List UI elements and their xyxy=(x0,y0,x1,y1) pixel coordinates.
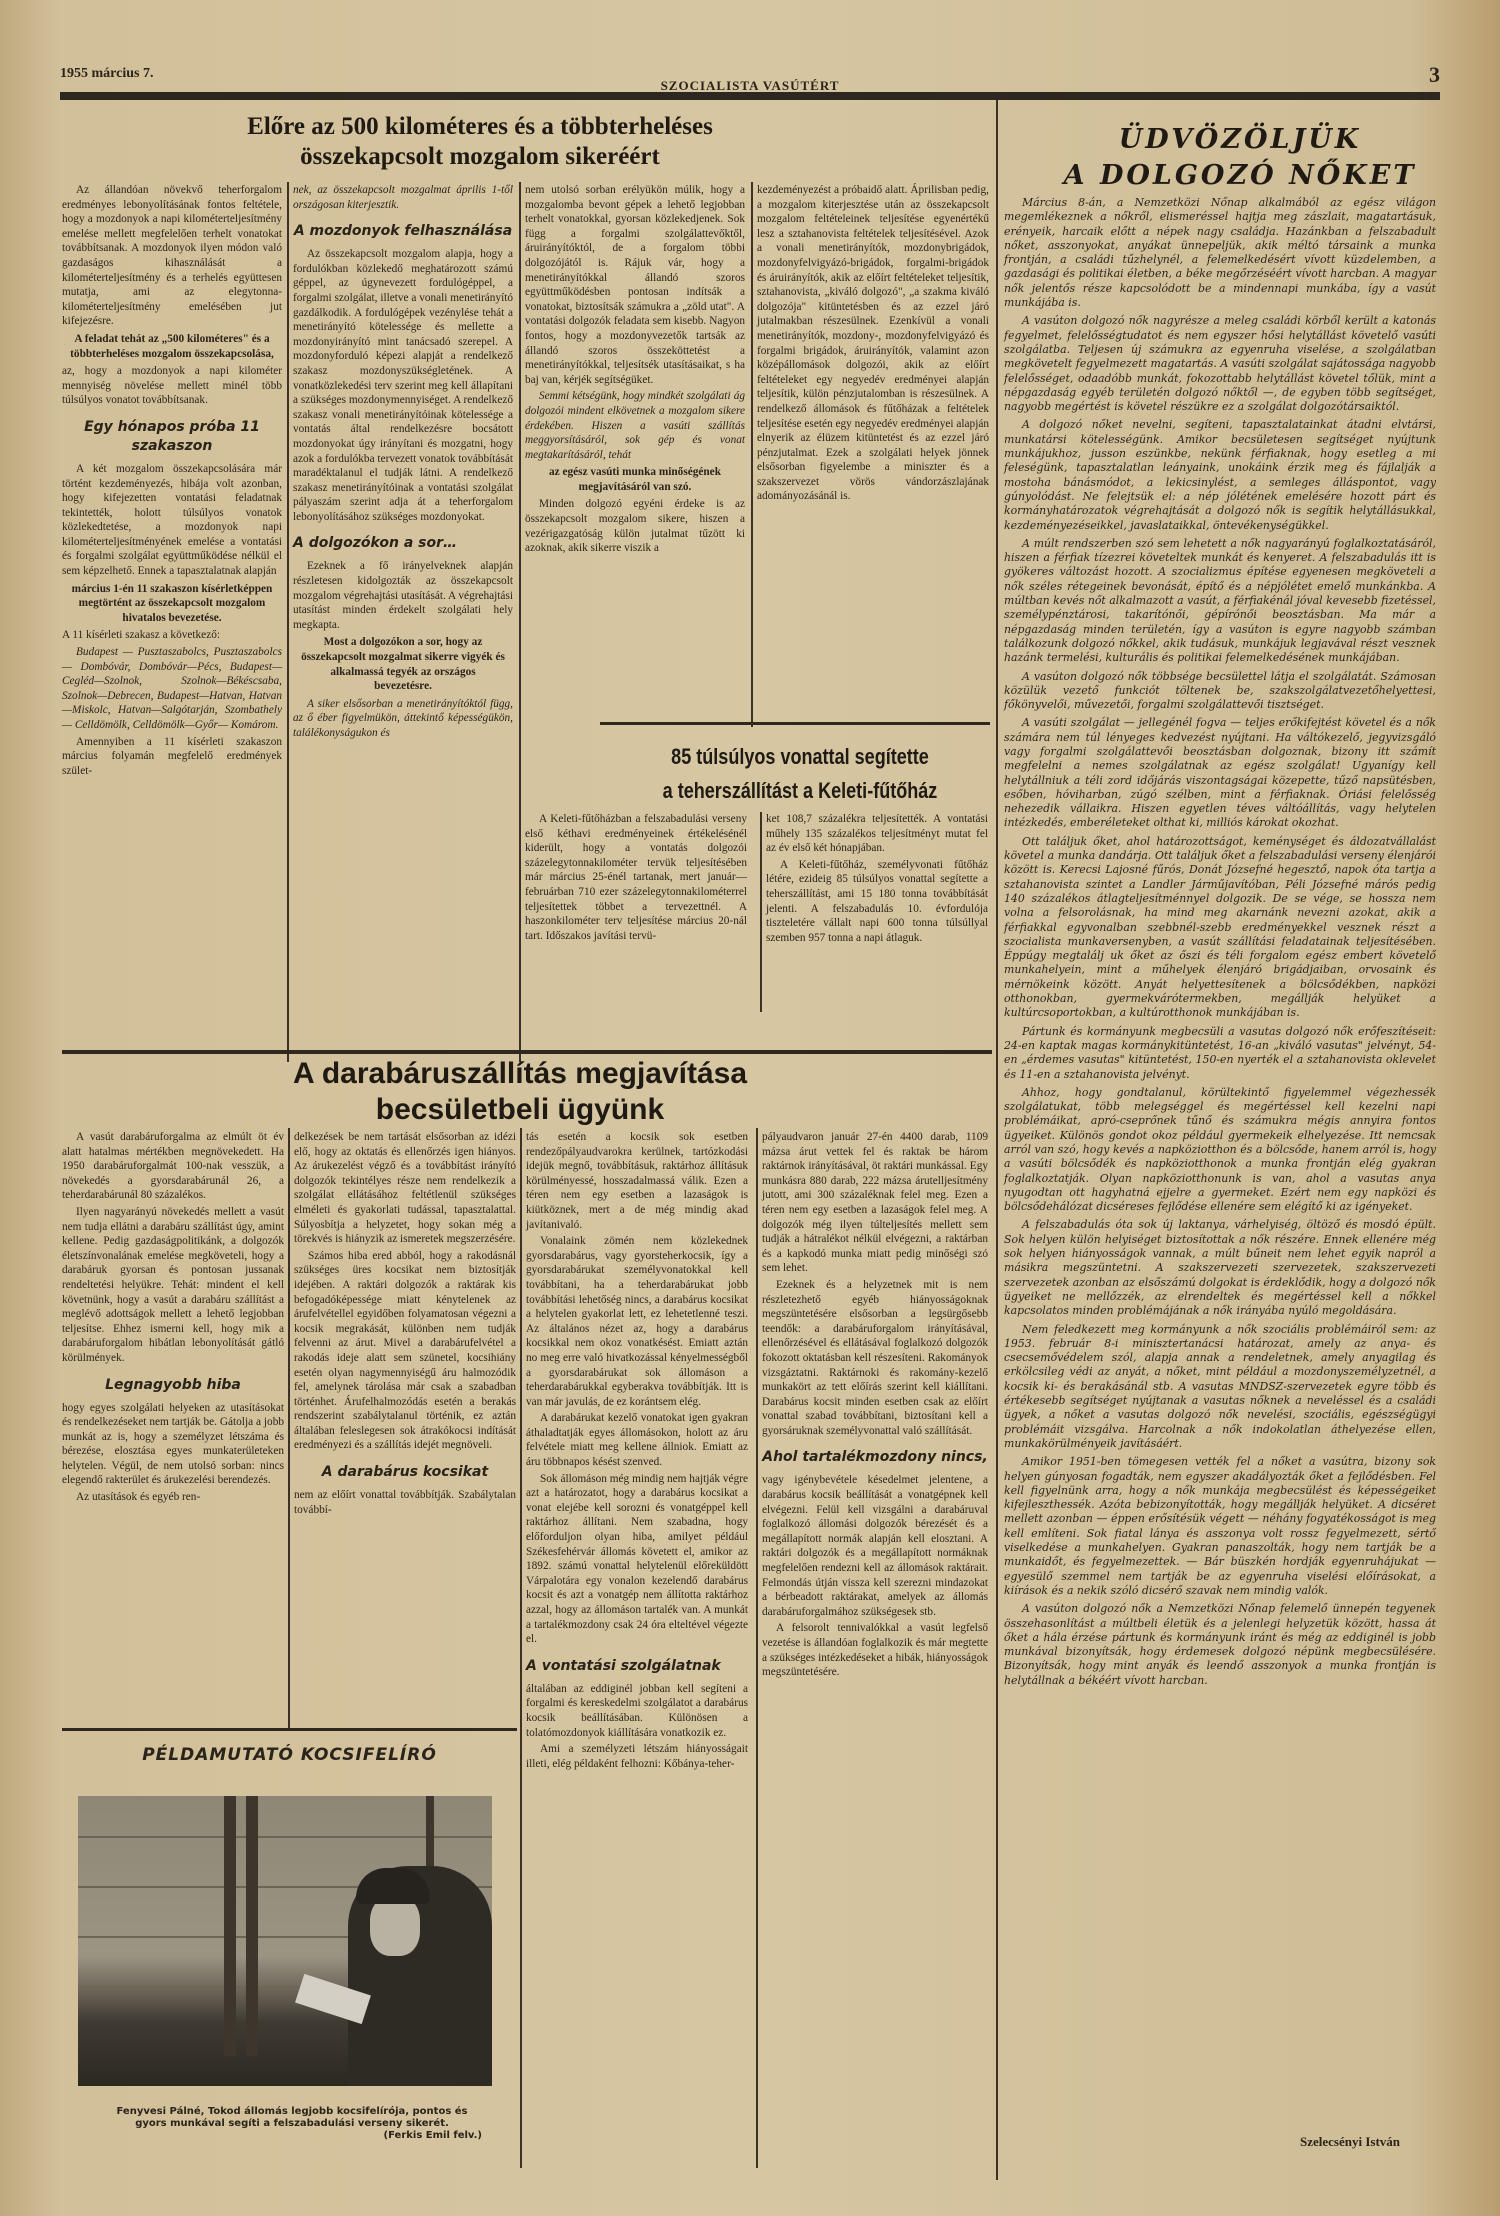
article1-column-4: kezdeményezést a próbaidő alatt. Április… xyxy=(757,183,989,506)
paragraph: Sok állomáson még mindig nem hajtják vég… xyxy=(526,1472,748,1647)
paragraph: Ezeknek a fő irányelveknek alapján részl… xyxy=(293,559,513,632)
headline-line: A DOLGOZÓ NŐKET xyxy=(1040,158,1440,194)
paragraph: A vasút darabáruforgalma az elmúlt öt év… xyxy=(62,1130,284,1203)
article4-body: Március 8-án, a Nemzetközi Nőnap alkalmá… xyxy=(1004,196,1436,1692)
headline-line: ÜDVÖZÖLJÜK xyxy=(1040,122,1440,158)
article2-column-1: A Keleti-fűtőházban a felszabadulási ver… xyxy=(525,812,747,945)
photo-face xyxy=(370,1896,420,1956)
headline-line: összekapcsolt mozgalom sikeréért xyxy=(170,142,790,172)
section-rule xyxy=(600,722,990,725)
headline-line: Előre az 500 kilométeres és a többterhel… xyxy=(170,112,790,142)
bold-callout: az egész vasúti munka minőségének megjav… xyxy=(533,465,737,494)
paragraph: Pártunk és kormányunk megbecsüli a vasut… xyxy=(1004,1025,1436,1082)
paragraph: vagy igénybevétele késedelmet jelentene,… xyxy=(762,1473,988,1619)
paragraph: A Keleti-fűtőházban a felszabadulási ver… xyxy=(525,812,747,943)
subheading: Egy hónapos próba 11 szakaszon xyxy=(62,418,282,456)
paragraph: Ahhoz, hogy gondtalanul, körültekintő fi… xyxy=(1004,1086,1436,1215)
section-rule xyxy=(62,1728,517,1731)
headline-line: becsületbeli ügyünk xyxy=(200,1092,840,1128)
subheading: Legnagyobb hiba xyxy=(62,1376,284,1395)
subheading: A darabárus kocsikat xyxy=(294,1463,516,1482)
article3-column-4: pályaudvaron január 27-én 4400 darab, 11… xyxy=(762,1130,988,1682)
article1-column-1: Az állandóan növekvő teherforgalom eredm… xyxy=(62,183,282,780)
photo-woman-railway-worker xyxy=(78,1796,492,2086)
photo-feature-title: PÉLDAMUTATÓ KOCSIFELÍRÓ xyxy=(62,1745,517,1765)
paragraph: A dolgozó nőket nevelni, segíteni, tapas… xyxy=(1004,418,1436,532)
paragraph: Az összekapcsolt mozgalom alapja, hogy a… xyxy=(293,247,513,524)
headline-line: 85 túlsúlyos vonattal segítette xyxy=(636,740,964,774)
paragraph: A múlt rendszerben szó sem lehetett a nő… xyxy=(1004,537,1436,666)
subheading: Ahol tartalékmozdony nincs, xyxy=(762,1448,988,1467)
column-rule xyxy=(996,100,998,2180)
paragraph: nek, az összekapcsolt mozgalmat április … xyxy=(293,183,513,212)
paragraph: pályaudvaron január 27-én 4400 darab, 11… xyxy=(762,1130,988,1276)
photo-credit: (Ferkis Emil felv.) xyxy=(62,2130,522,2142)
article4-author: Szelecsényi István xyxy=(1300,2134,1400,2150)
column-rule xyxy=(520,1128,522,2168)
paragraph: nem az előírt vonattal továbbítják. Szab… xyxy=(294,1488,516,1517)
paragraph: Semmi kétségünk, hogy mindkét szolgálati… xyxy=(525,389,745,462)
subheading: A vontatási szolgálatnak xyxy=(526,1657,748,1676)
paragraph: A két mozgalom összekapcsolására már tör… xyxy=(62,462,282,579)
paragraph: Ami a személyzeti létszám hiányosságait … xyxy=(526,1742,748,1771)
page-number: 3 xyxy=(1429,62,1440,88)
article3-column-3: tás esetén a kocsik sok esetben rendezőp… xyxy=(526,1130,748,1773)
paragraph: Az utasítások és egyéb ren- xyxy=(62,1490,284,1505)
paragraph: Számos hiba ered abból, hogy a rakodásná… xyxy=(294,1249,516,1453)
paragraph: Ilyen nagyarányú növekedés mellett a vas… xyxy=(62,1205,284,1366)
article1-headline: Előre az 500 kilométeres és a többterhel… xyxy=(170,112,790,172)
article2-headline: 85 túlsúlyos vonattal segítette a tehers… xyxy=(636,740,964,808)
paragraph: A vasúton dolgozó nők többsége becsülett… xyxy=(1004,670,1436,713)
headline-line: a teherszállítást a Keleti-fűtőház xyxy=(636,774,964,808)
paragraph: A felszabadulás óta sok új laktanya, vár… xyxy=(1004,1218,1436,1318)
article3-column-2: delkezések be nem tartását elsősorban az… xyxy=(294,1130,516,1519)
column-rule xyxy=(760,812,762,1012)
paragraph: Vonalaink zömén nem közlekednek gyorsdar… xyxy=(526,1234,748,1409)
paragraph: Amikor 1951-ben tömegesen vették fel a n… xyxy=(1004,1455,1436,1598)
photo-detail xyxy=(246,1796,258,2056)
column-rule xyxy=(288,1128,290,1728)
article1-column-3: nem utolsó sorban erélyükön múlik, hogy … xyxy=(525,183,745,558)
paragraph: kezdeményezést a próbaidő alatt. Április… xyxy=(757,183,989,504)
photo-detail xyxy=(224,1796,236,2056)
paragraph: Ezeknek és a helyzetnek mit is nem részl… xyxy=(762,1278,988,1439)
paragraph: Az állandóan növekvő teherforgalom eredm… xyxy=(62,183,282,329)
headline-line: A darabáruszállítás megjavítása xyxy=(200,1056,840,1092)
paragraph: hogy egyes szolgálati helyeken az utasít… xyxy=(62,1401,284,1489)
article3-headline: A darabáruszállítás megjavítása becsület… xyxy=(200,1056,840,1128)
paragraph: Ott találjuk őket, ahol határozottságot,… xyxy=(1004,835,1436,1021)
caption-line: gyors munkával segíti a felszabadulási v… xyxy=(62,2118,522,2130)
article4-headline: ÜDVÖZÖLJÜK A DOLGOZÓ NŐKET xyxy=(1040,122,1440,194)
paragraph: A vasúti szolgálat — jellegénél fogva — … xyxy=(1004,716,1436,830)
paragraph: Nem feledkezett meg kormányunk a nők szo… xyxy=(1004,1323,1436,1452)
route-list: Budapest — Pusztaszabolcs, Pusztaszabolc… xyxy=(62,645,282,733)
article2-column-2: ket 108,7 százalékra teljesítették. A vo… xyxy=(766,812,988,947)
paragraph: nem utolsó sorban erélyükön múlik, hogy … xyxy=(525,183,745,387)
paragraph: delkezések be nem tartását elsősorban az… xyxy=(294,1130,516,1247)
section-rule xyxy=(62,1050,992,1054)
subheading: A dolgozókon a sor… xyxy=(293,534,513,553)
newspaper-page: 1955 március 7. SZOCIALISTA VASÚTÉRT 3 E… xyxy=(0,0,1500,2216)
article1-column-2: nek, az összekapcsolt mozgalmat április … xyxy=(293,183,513,743)
paragraph: általában az eddiginél jobban kell segít… xyxy=(526,1682,748,1740)
column-rule xyxy=(756,1128,758,2168)
bold-callout: Most a dolgozókon a sor, hogy az összeka… xyxy=(301,635,505,693)
paragraph: A siker elsősorban a menetirányítóktól f… xyxy=(293,697,513,741)
paragraph: Amennyiben a 11 kísérleti szakaszon márc… xyxy=(62,735,282,779)
paragraph: tás esetén a kocsik sok esetben rendezőp… xyxy=(526,1130,748,1232)
paragraph: ket 108,7 százalékra teljesítették. A vo… xyxy=(766,812,988,856)
paragraph: A Keleti-fűtőház, személyvonati fűtőház … xyxy=(766,858,988,946)
bold-callout: március 1-én 11 szakaszon kísérletképpen… xyxy=(70,582,274,626)
bold-callout: A feladat tehát az „500 kilométeres" és … xyxy=(70,332,274,361)
paragraph: az, hogy a mozdonyok a napi kilométer me… xyxy=(62,364,282,408)
paragraph: Minden dolgozó egyéni érdeke is az össze… xyxy=(525,497,745,555)
paragraph: A darabárukat kezelő vonatokat igen gyak… xyxy=(526,1411,748,1469)
column-rule xyxy=(287,182,289,1062)
paragraph: A felsorolt tennivalókkal a vasút legfel… xyxy=(762,1621,988,1679)
paragraph: A vasúton dolgozó nők a Nemzetközi Nőnap… xyxy=(1004,1602,1436,1688)
column-rule xyxy=(751,182,753,727)
paragraph: A 11 kísérleti szakasz a következő: xyxy=(62,628,282,643)
photo-caption: Fenyvesi Pálné, Tokod állomás legjobb ko… xyxy=(62,2106,522,2142)
article3-column-1: A vasút darabáruforgalma az elmúlt öt év… xyxy=(62,1130,284,1507)
paragraph: A vasúton dolgozó nők nagyrésze a meleg … xyxy=(1004,314,1436,414)
caption-line: Fenyvesi Pálné, Tokod állomás legjobb ko… xyxy=(62,2106,522,2118)
paragraph: Március 8-án, a Nemzetközi Nőnap alkalmá… xyxy=(1004,196,1436,310)
column-rule xyxy=(519,182,521,1062)
subheading: A mozdonyok felhasználása xyxy=(293,222,513,241)
masthead-rule xyxy=(60,92,1440,100)
